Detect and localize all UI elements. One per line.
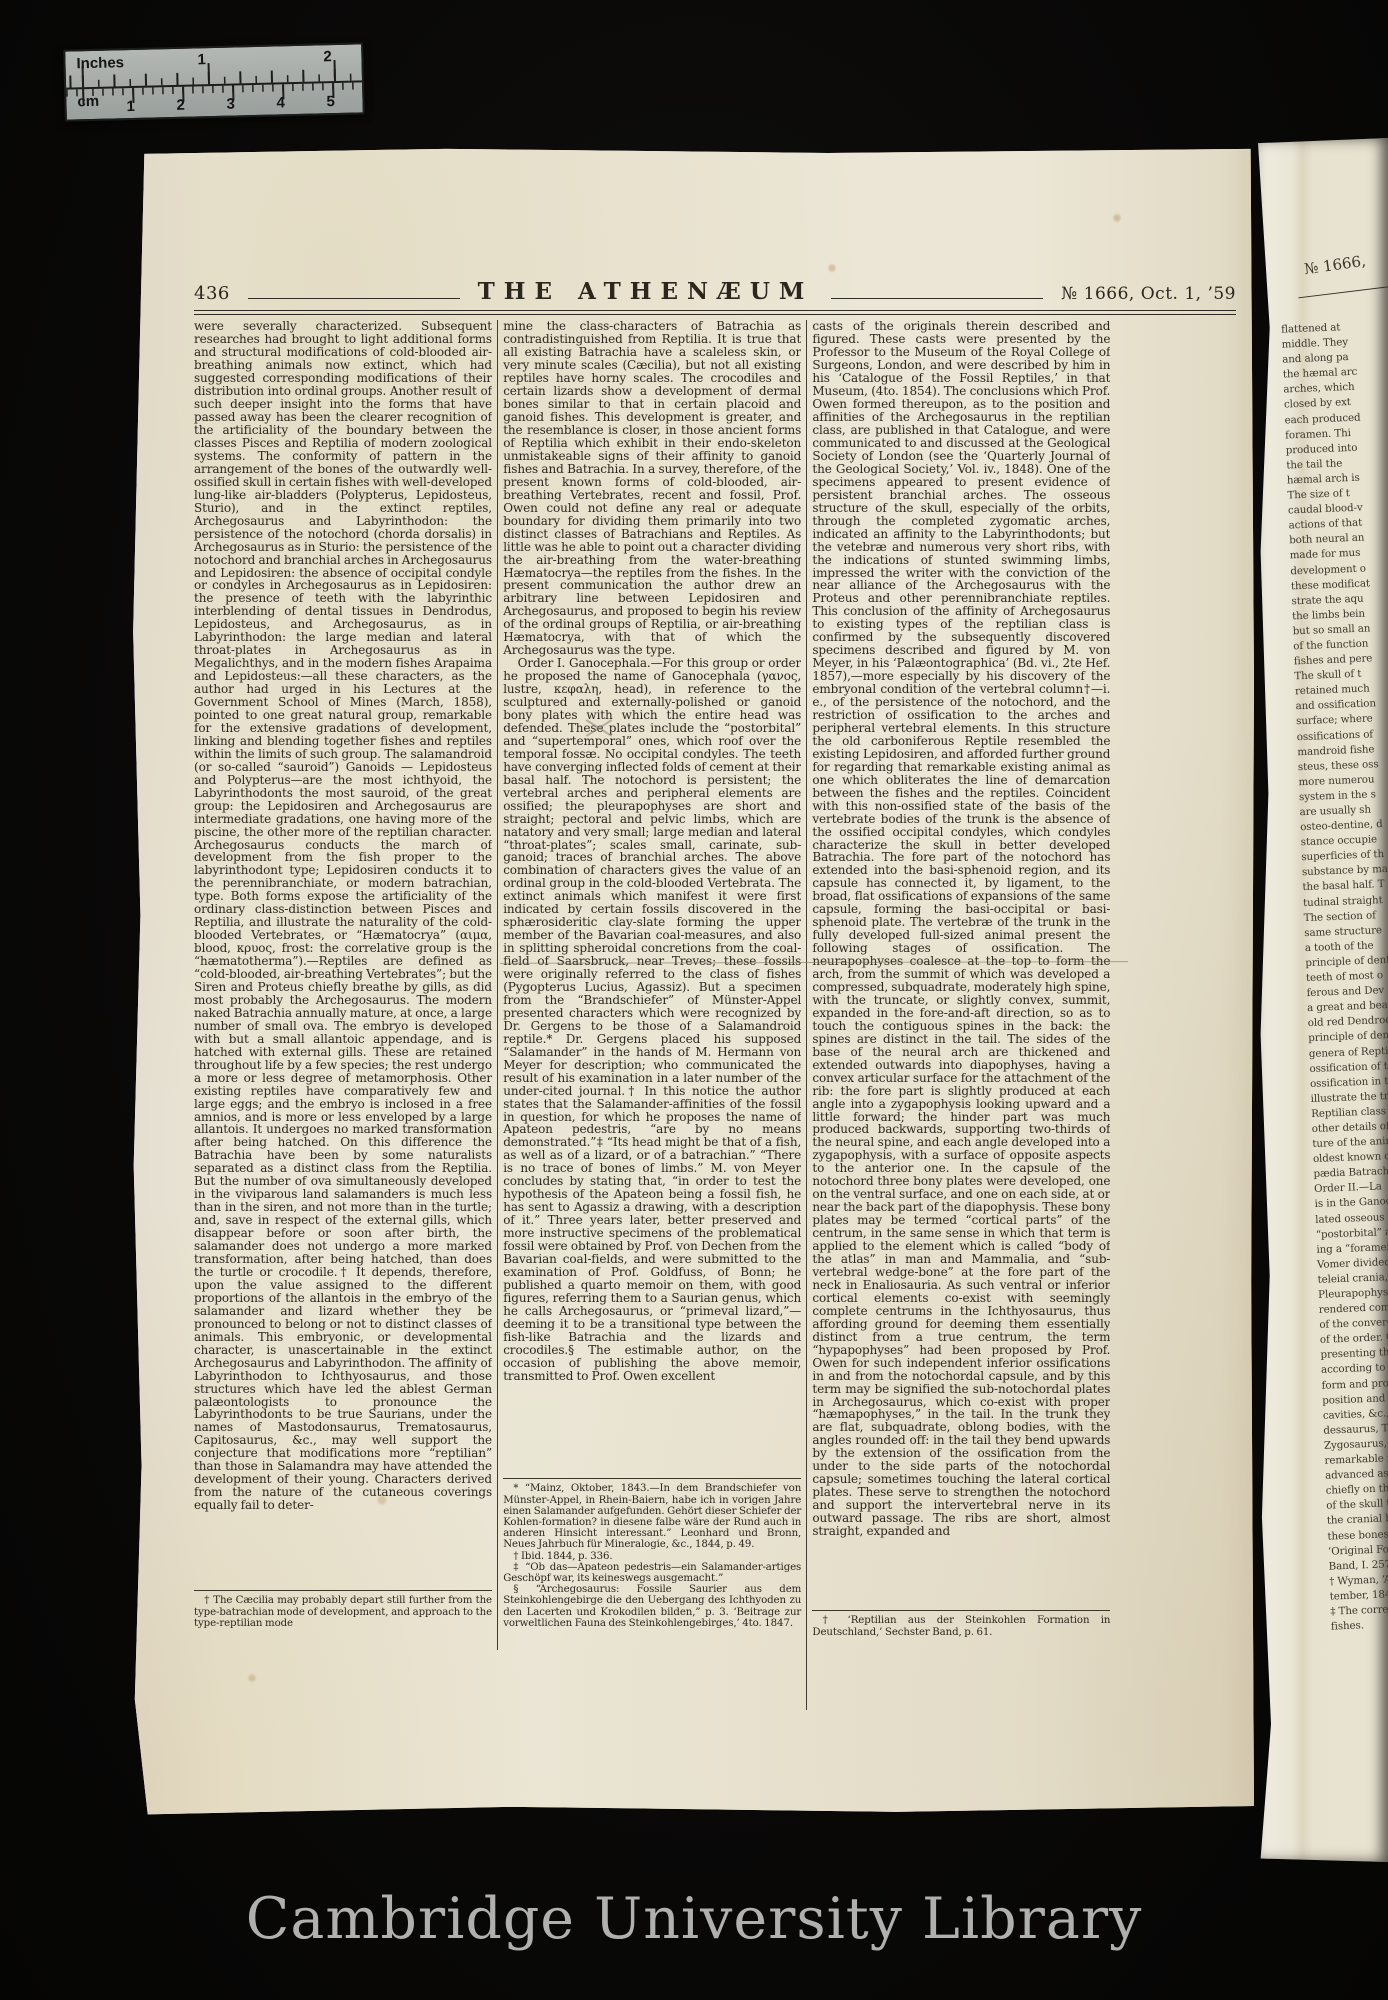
text-line: were severally characterized. Subsequent… [194,320,492,1512]
header-rule-right [831,298,1043,299]
masthead-title: THE ATHENÆUM [478,278,814,305]
column-3-text: casts of the originals therein described… [812,320,1110,1606]
text-line: system in the s [1299,786,1388,805]
column-1-text: were severally characterized. Subsequent… [194,320,492,1586]
scanned-page: 436 THE ATHENÆUM № 1666, Oct. 1, ’59 wer… [132,148,1254,1816]
column-1-footnotes: † The Cæcilia may probably depart still … [194,1590,492,1629]
adjacent-text-fragments: flattened atmiddle. Theyand along pathe … [1281,318,1388,1634]
text-line: 4 [276,94,285,111]
ruler-cm-numbers: 12345 [65,44,363,119]
text-line: 5 [326,93,335,110]
page-number: 436 [194,283,230,304]
column-divider-1 [497,320,498,1650]
text-line: according to minu [1321,1359,1388,1378]
adjacent-header-rule [1298,283,1388,299]
page-header: 436 THE ATHENÆUM № 1666, Oct. 1, ’59 [194,278,1236,304]
text-line: casts of the originals therein described… [812,320,1110,1538]
column-2: mine the class-characters of Batrachia a… [503,320,801,1710]
column-2-footnotes: * “Mainz, Oktober, 1843.—In dem Brandsch… [503,1478,801,1629]
header-rule-left [248,298,460,299]
text-line: the cranial bones [1327,1510,1388,1529]
column-1: were severally characterized. Subsequent… [194,320,492,1710]
text-line: 2 [176,97,185,114]
text-line: mine the class-characters of Batrachia a… [503,320,801,657]
text-line: † ‘Reptilian aus der Steinkohlen Formati… [812,1615,1110,1637]
text-line: § “Archegosaurus: Fossile Saurier aus de… [503,1584,801,1629]
measurement-ruler: Inches cm 12 12345 [63,42,365,121]
column-divider-2 [806,320,807,1710]
text-line: ‡ “Ob das—Apateon pedestris—ein Salamand… [503,1562,801,1584]
text-line: 1 [126,98,135,115]
adjacent-page-edge: № 1666, flattened atmiddle. Theyand alon… [1258,138,1388,1862]
header-double-rule [194,310,1236,315]
library-watermark: Cambridge University Library [246,1886,1143,1952]
adjacent-issue-fragment: № 1666, [1303,252,1367,278]
text-columns: were severally characterized. Subsequent… [194,320,1112,1710]
text-line: fishes. [1331,1615,1388,1634]
text-line: ‡ The correspond [1330,1600,1388,1619]
text-line: † Ibid. 1844, p. 336. [503,1551,801,1562]
text-line: 3 [226,95,235,112]
column-2-text: mine the class-characters of Batrachia a… [503,320,801,1474]
text-line: Order I. Ganocephala.—For this group or … [503,657,801,1382]
pencil-x-mark [584,716,614,740]
text-line: † The Cæcilia may probably depart still … [194,1595,492,1629]
text-line: * “Mainz, Oktober, 1843.—In dem Brandsch… [503,1483,801,1550]
column-3-footnotes: † ‘Reptilian aus der Steinkohlen Formati… [812,1610,1110,1637]
column-3: casts of the originals therein described… [812,320,1110,1710]
issue-date: № 1666, Oct. 1, ’59 [1061,284,1236,304]
